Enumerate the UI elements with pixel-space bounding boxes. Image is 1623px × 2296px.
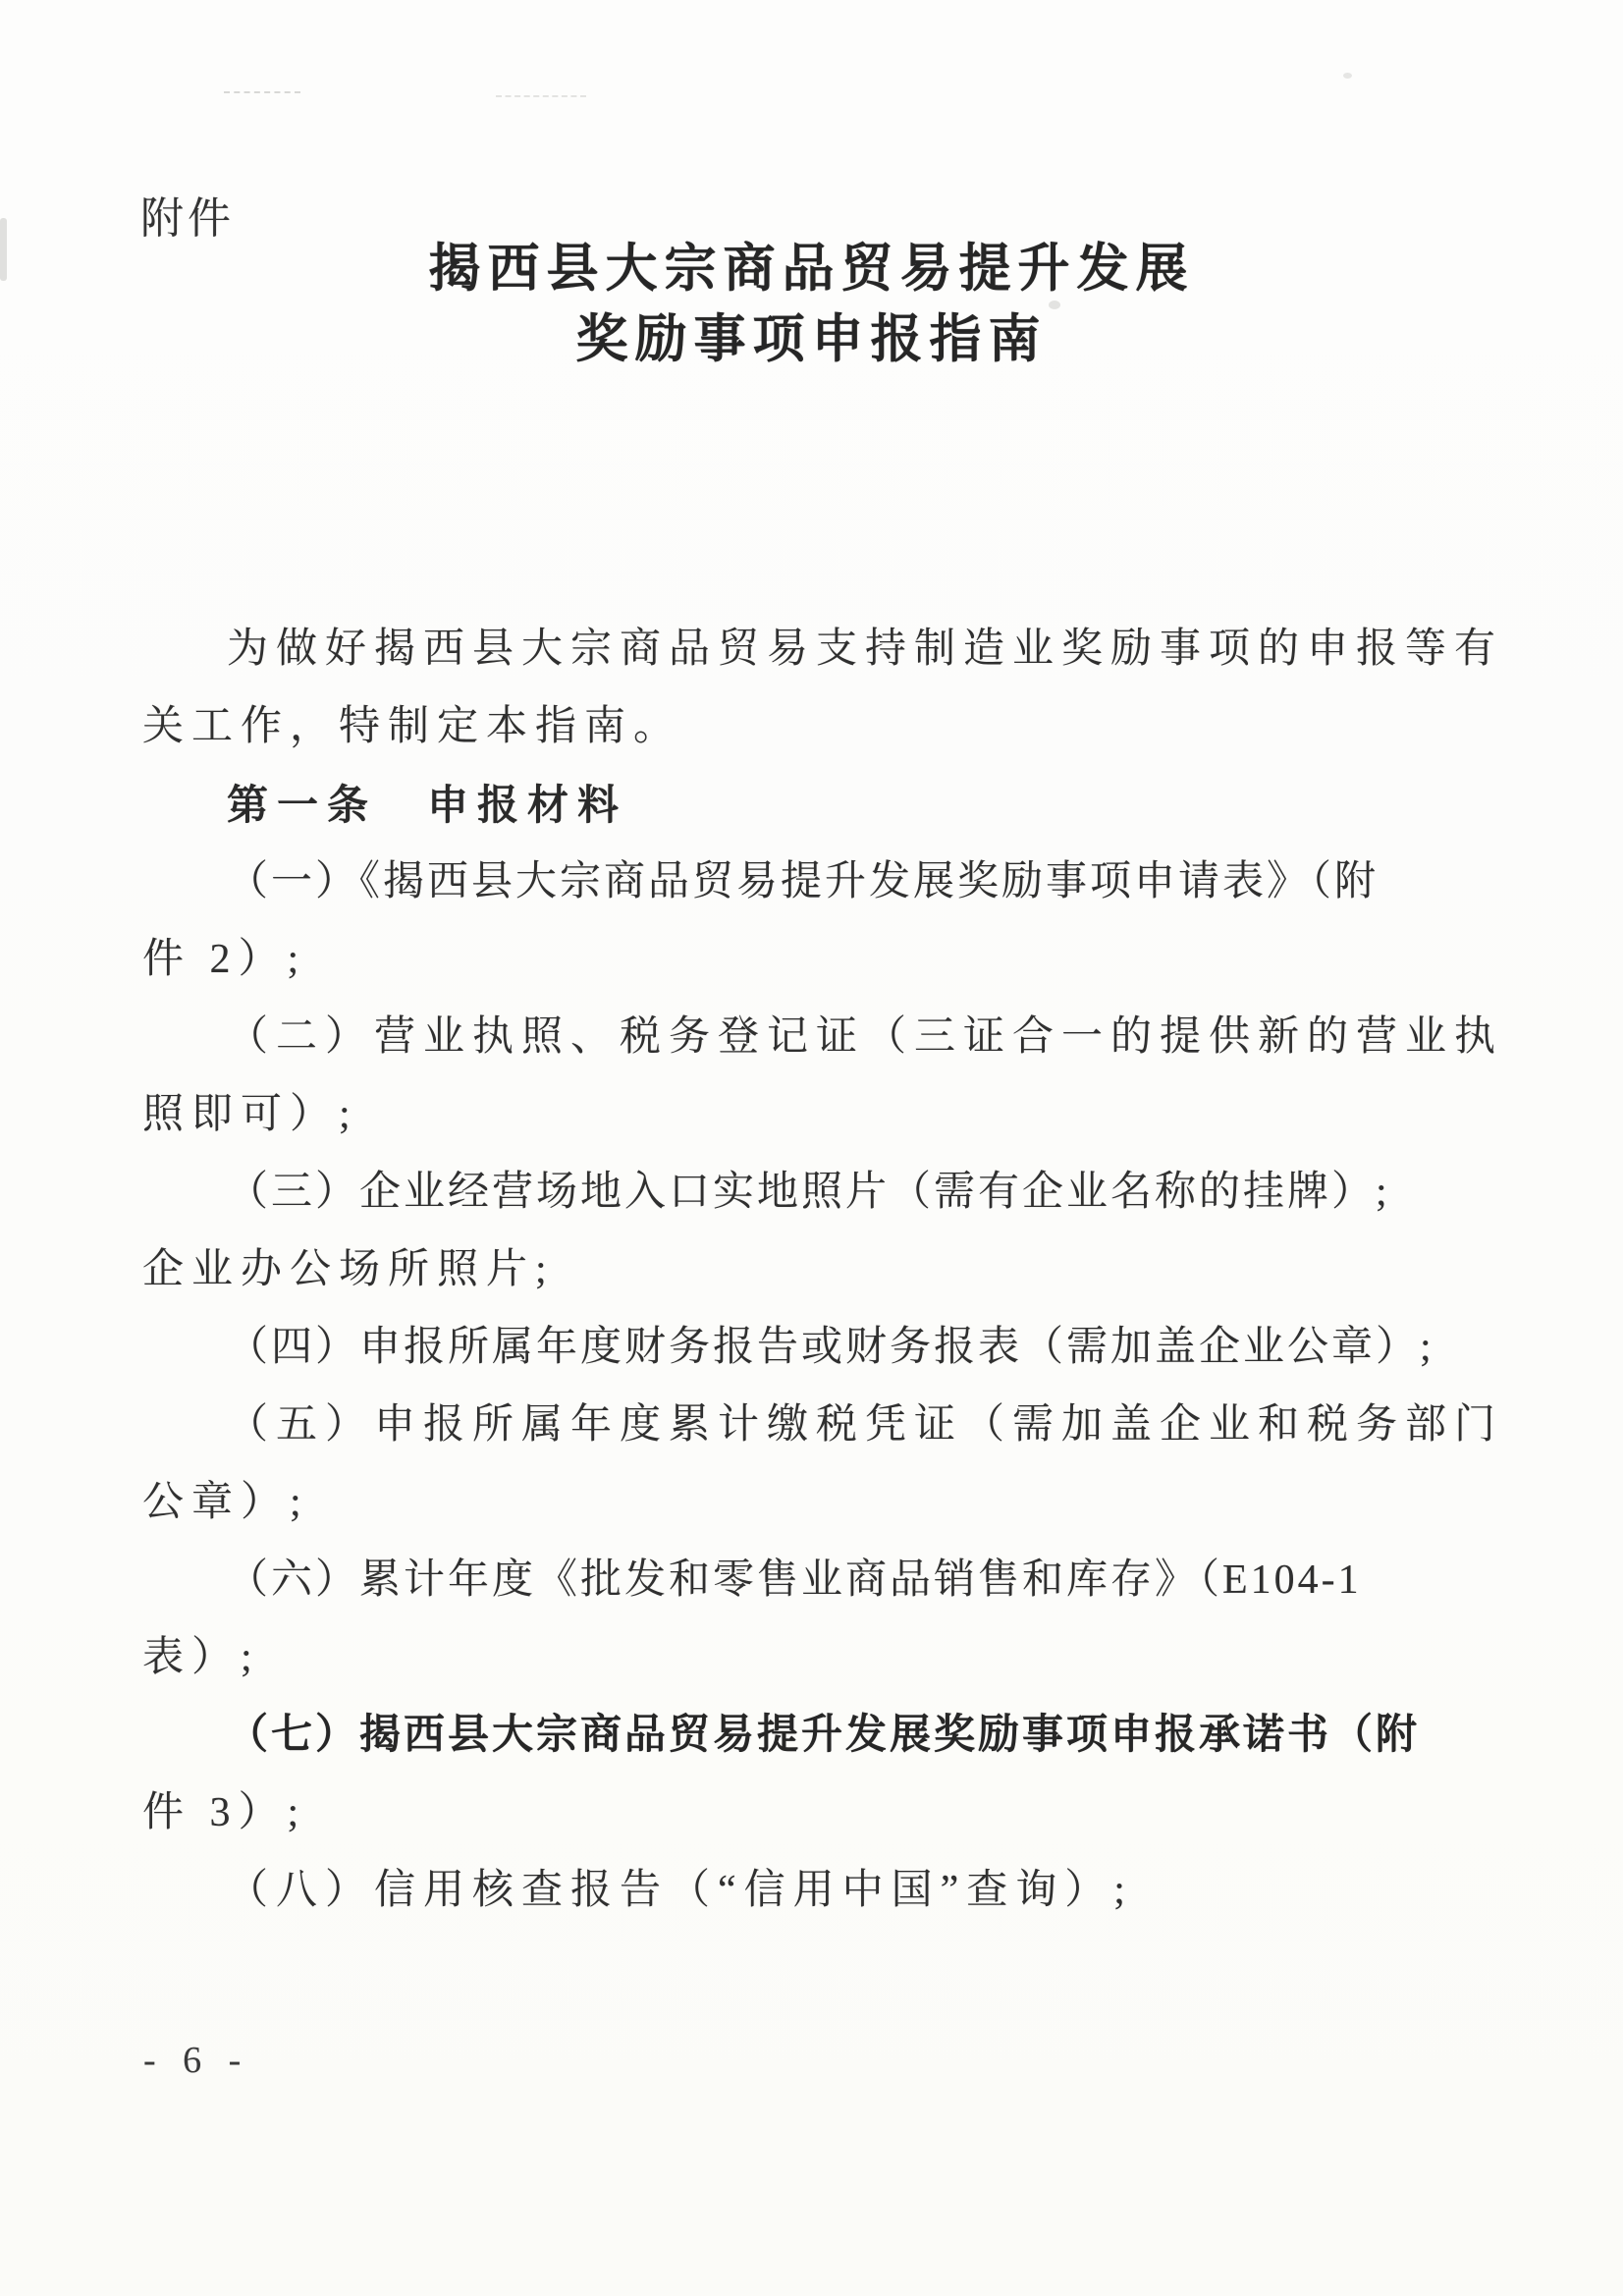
body-line: （一）《揭西县大宗商品贸易提升发展奖励事项申请表》（附: [142, 844, 1499, 921]
document-title-line1: 揭西县大宗商品贸易提升发展: [0, 234, 1623, 304]
document-title-line2: 奖励事项申报指南: [0, 304, 1623, 375]
body-line: （八）信用核查报告（“信用中国”查询）;: [142, 1852, 1499, 1930]
page-number: - 6 -: [143, 2039, 249, 2082]
body-line: （二）营业执照、税务登记证（三证合一的提供新的营业执: [142, 999, 1499, 1076]
body-line: 照即可）;: [142, 1076, 1499, 1154]
body-line: 件 2）;: [142, 921, 1499, 999]
body-line: 关工作，特制定本指南。: [142, 688, 1499, 766]
document-title: 揭西县大宗商品贸易提升发展 奖励事项申报指南: [0, 234, 1623, 375]
body-line: （七）揭西县大宗商品贸易提升发展奖励事项申报承诺书（附: [142, 1697, 1499, 1775]
scan-artifact: [1343, 73, 1352, 79]
document-body: 为做好揭西县大宗商品贸易支持制造业奖励事项的申报等有关工作，特制定本指南。第一条…: [142, 611, 1499, 1930]
body-line: 企业办公场所照片;: [142, 1231, 1499, 1309]
document-page: 附件 揭西县大宗商品贸易提升发展 奖励事项申报指南 为做好揭西县大宗商品贸易支持…: [0, 0, 1623, 2296]
scan-artifact: [224, 91, 300, 93]
body-line: 公章）;: [142, 1464, 1499, 1542]
body-line: （六）累计年度《批发和零售业商品销售和库存》（E104-1: [142, 1542, 1499, 1619]
body-line: 件 3）;: [142, 1775, 1499, 1852]
section-heading: 第一条 申报材料: [142, 766, 1499, 844]
scan-artifact: [496, 95, 586, 97]
body-line: （三）企业经营场地入口实地照片（需有企业名称的挂牌）;: [142, 1154, 1499, 1231]
body-line: （四）申报所属年度财务报告或财务报表（需加盖企业公章）;: [142, 1309, 1499, 1387]
body-line: 表）;: [142, 1619, 1499, 1697]
body-line: 为做好揭西县大宗商品贸易支持制造业奖励事项的申报等有: [142, 611, 1499, 688]
body-line: （五）申报所属年度累计缴税凭证（需加盖企业和税务部门: [142, 1387, 1499, 1464]
